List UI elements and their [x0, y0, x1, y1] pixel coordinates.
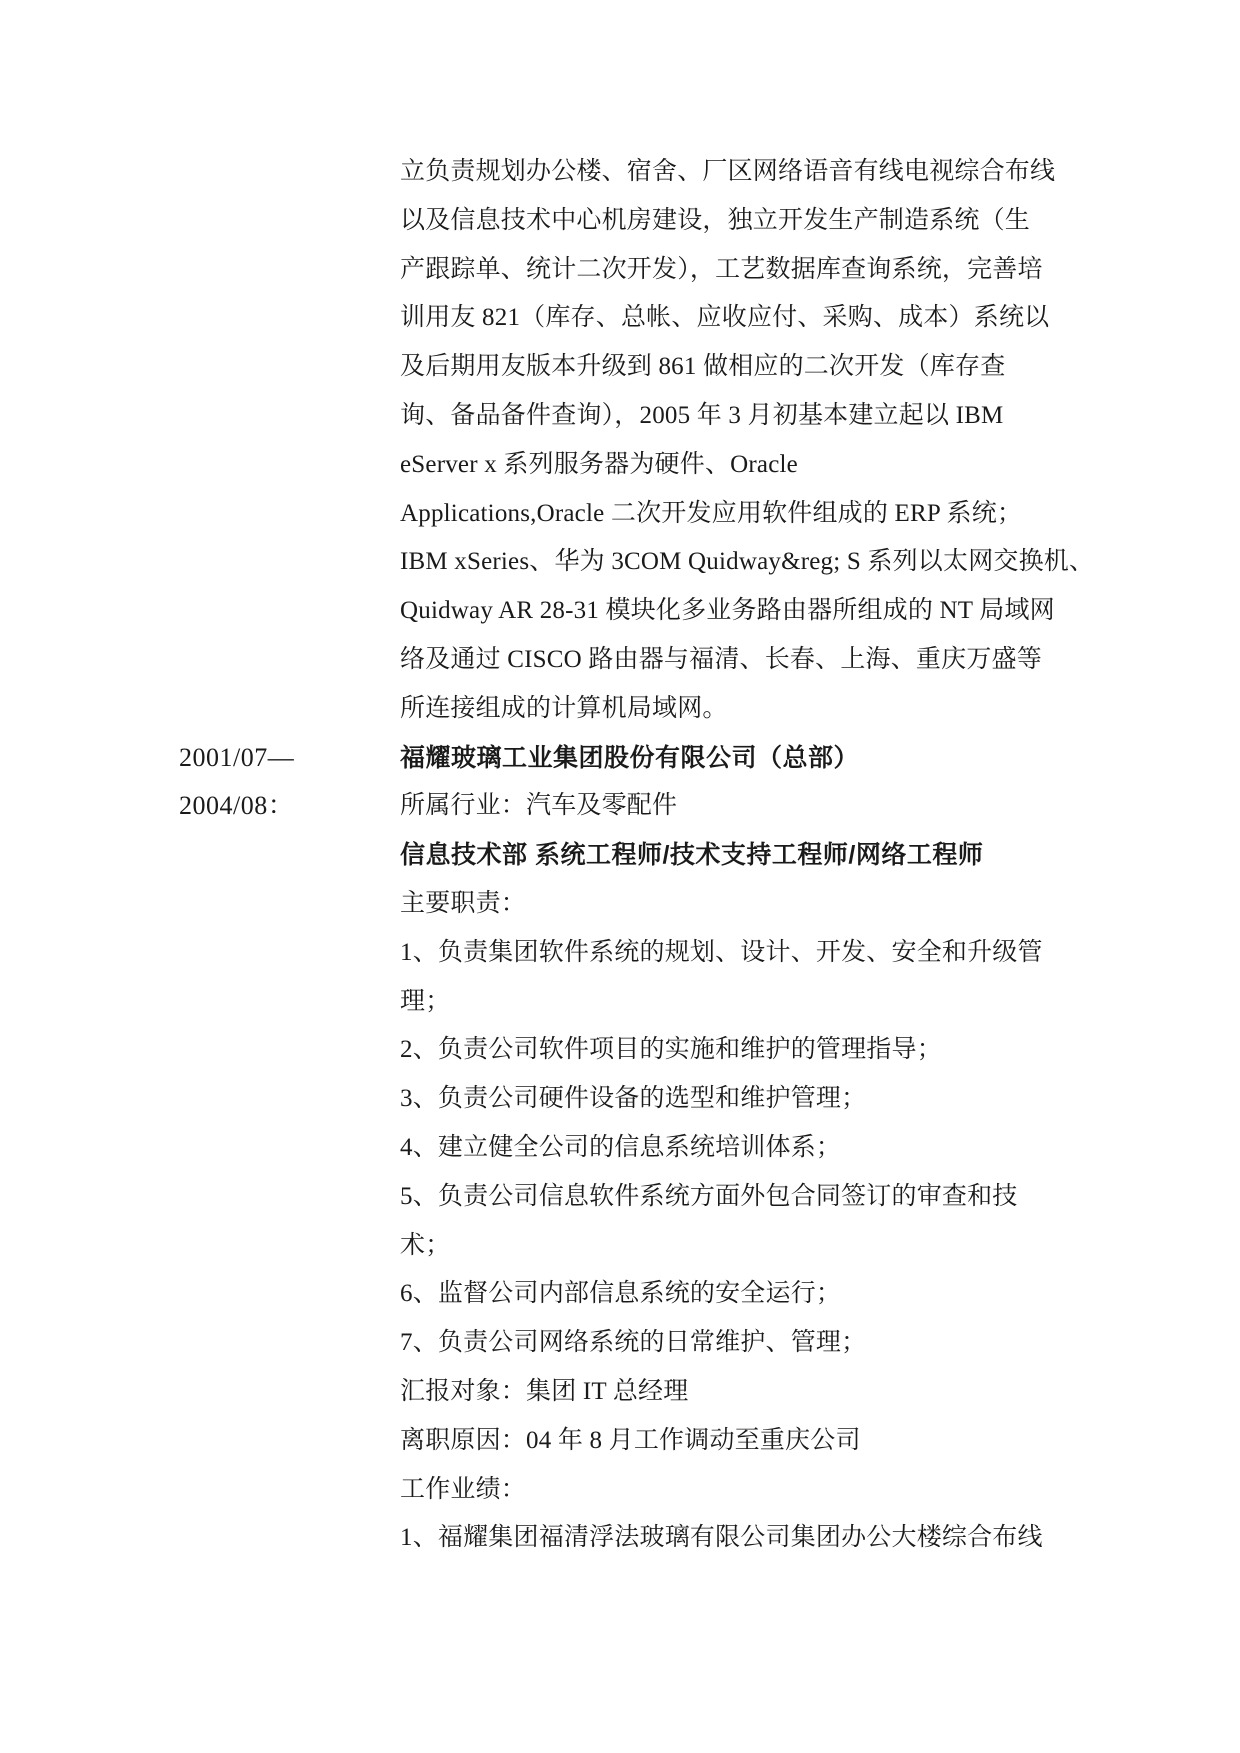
text-line: 络及通过 CISCO 路由器与福清、长春、上海、重庆万盛等	[400, 636, 1079, 685]
text-line: 3、负责公司硬件设备的选型和维护管理；	[400, 1075, 1079, 1124]
work-experience-entry-continued: 立负责规划办公楼、宿舍、厂区网络语音有线电视综合布线以及信息技术中心机房建设，独…	[179, 148, 1079, 734]
text-line: 训用友 821（库存、总帐、应收应付、采购、成本）系统以	[400, 294, 1079, 343]
text-line: Quidway AR 28-31 模块化多业务路由器所组成的 NT 局域网	[400, 587, 1079, 636]
text-line: 1、福耀集团福清浮法玻璃有限公司集团办公大楼综合布线	[400, 1514, 1079, 1563]
work-experience-list: 立负责规划办公楼、宿舍、厂区网络语音有线电视综合布线以及信息技术中心机房建设，独…	[179, 148, 1079, 1563]
text-line: 产跟踪单、统计二次开发），工艺数据库查询系统，完善培	[400, 246, 1079, 295]
text-line: 及后期用友版本升级到 861 做相应的二次开发（库存查	[400, 343, 1079, 392]
text-line: 以及信息技术中心机房建设，独立开发生产制造系统（生	[400, 197, 1079, 246]
text-line: Applications,Oracle 二次开发应用软件组成的 ERP 系统；	[400, 490, 1079, 539]
text-line: 离职原因：04 年 8 月工作调动至重庆公司	[400, 1417, 1079, 1466]
entry-content-column: 福耀玻璃工业集团股份有限公司（总部）所属行业：汽车及零配件信息技术部 系统工程师…	[400, 734, 1079, 1564]
resume-document-page: 立负责规划办公楼、宿舍、厂区网络语音有线电视综合布线以及信息技术中心机房建设，独…	[0, 0, 1240, 1753]
text-line: 6、监督公司内部信息系统的安全运行；	[400, 1270, 1079, 1319]
entry-date-column: 2001/07—2004/08：	[179, 734, 400, 832]
text-line: 汇报对象：集团 IT 总经理	[400, 1368, 1079, 1417]
text-line: 信息技术部 系统工程师/技术支持工程师/网络工程师	[400, 831, 1079, 880]
text-line: 7、负责公司网络系统的日常维护、管理；	[400, 1319, 1079, 1368]
text-line: 福耀玻璃工业集团股份有限公司（总部）	[400, 734, 1079, 783]
text-line: IBM xSeries、华为 3COM Quidway&reg; S 系列以太网…	[400, 538, 1079, 587]
text-line: 主要职责：	[400, 880, 1079, 929]
text-line: 1、负责集团软件系统的规划、设计、开发、安全和升级管	[400, 929, 1079, 978]
text-line: 立负责规划办公楼、宿舍、厂区网络语音有线电视综合布线	[400, 148, 1079, 197]
text-line: 所属行业：汽车及零配件	[400, 782, 1079, 831]
text-line: 工作业绩：	[400, 1466, 1079, 1515]
text-line: 2、负责公司软件项目的实施和维护的管理指导；	[400, 1026, 1079, 1075]
text-line: 术；	[400, 1222, 1079, 1271]
text-line: 理；	[400, 978, 1079, 1027]
text-line: eServer x 系列服务器为硬件、Oracle	[400, 441, 1079, 490]
text-line: 5、负责公司信息软件系统方面外包合同签订的审查和技	[400, 1173, 1079, 1222]
text-line: 4、建立健全公司的信息系统培训体系；	[400, 1124, 1079, 1173]
date-line: 2001/07—	[179, 734, 400, 783]
text-line: 询、备品备件查询），2005 年 3 月初基本建立起以 IBM	[400, 392, 1079, 441]
date-line: 2004/08：	[179, 782, 400, 831]
work-experience-entry-fuyao-hq: 2001/07—2004/08： 福耀玻璃工业集团股份有限公司（总部）所属行业：…	[179, 734, 1079, 1564]
text-line: 所连接组成的计算机局域网。	[400, 685, 1079, 734]
entry-content-column: 立负责规划办公楼、宿舍、厂区网络语音有线电视综合布线以及信息技术中心机房建设，独…	[400, 148, 1079, 734]
